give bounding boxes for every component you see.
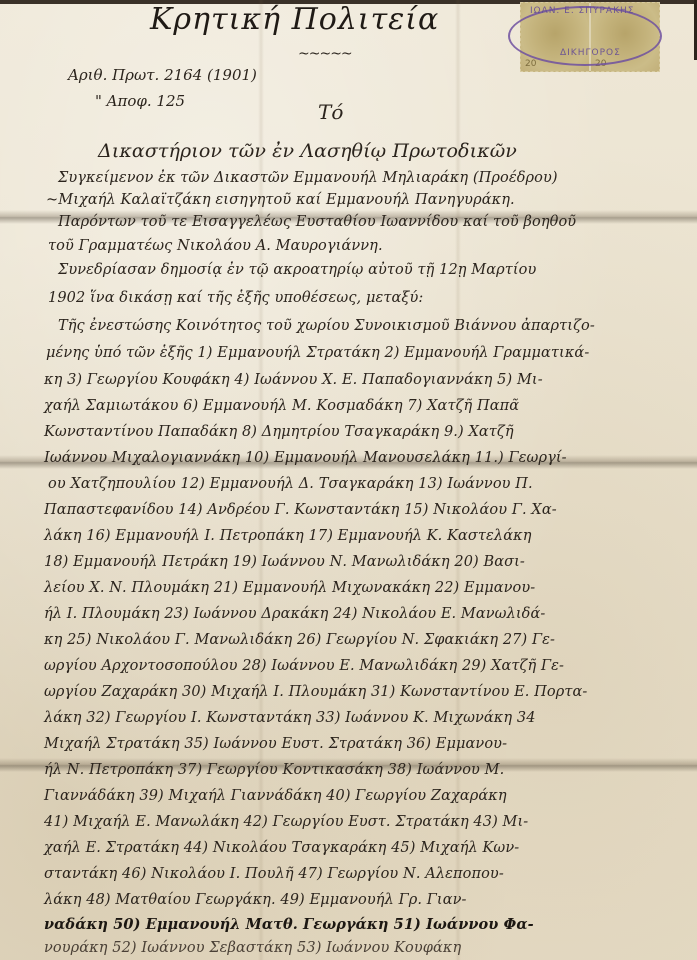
court-name: Δικαστήριον τῶν ἐν Λασηθίῳ Πρωτοδικῶν xyxy=(98,140,517,162)
body-line: Ιωάννου Μιχαλογιαννάκη 10) Εμμανουήλ Μαν… xyxy=(44,450,567,466)
body-line: Τῆς ἐνεστώσης Κοινότητος τοῦ χωρίου Συνο… xyxy=(58,318,595,334)
document-title: Κρητική Πολιτεία xyxy=(150,2,439,37)
body-line: νουράκη 52) Ιωάννου Σεβαστάκη 53) Ιωάννο… xyxy=(44,940,461,956)
body-line: χαήλ Ε. Στρατάκη 44) Νικολάου Τσαγκαράκη… xyxy=(44,840,519,856)
body-line: χαήλ Σαμιωτάκου 6) Εμμανουήλ Μ. Κοσμαδάκ… xyxy=(44,398,519,414)
body-line: μένης ὑπό τῶν ἑξῆς 1) Εμμανουήλ Στρατάκη… xyxy=(46,345,589,361)
body-line: Συγκείμενον ἐκ τῶν Δικαστῶν Εμμανουήλ Μη… xyxy=(58,170,558,186)
body-line: Γιαννάδάκη 39) Μιχαήλ Γιαννάδάκη 40) Γεω… xyxy=(44,788,507,804)
body-line: Συνεδρίασαν δημοσίᾳ ἐν τῷ ακροατηρίῳ αὐτ… xyxy=(58,262,536,278)
body-line: ωργίου Αρχοντοσοπούλου 28) Ιωάννου Ε. Μα… xyxy=(44,658,564,674)
cancellation-text: ΙΩΑΝ. Ε. ΣΠΥΡΑΚΗΣ xyxy=(530,6,634,16)
document-page: Κρητική Πολιτεία ~~~~~ 20 20 ΙΩΑΝ. Ε. ΣΠ… xyxy=(0,0,697,960)
body-line: λείου Χ. Ν. Πλουμάκη 21) Εμμανουήλ Μιχων… xyxy=(44,580,535,596)
body-line: Παπαστεφανίδου 14) Ανδρέου Γ. Κωνσταντάκ… xyxy=(44,502,557,518)
cancellation-text: ΔΙΚΗΓΟΡΟΣ xyxy=(560,48,621,58)
decision-number: " Αποφ. 125 xyxy=(95,92,185,110)
body-line: ναδάκη 50) Εμμανουήλ Ματθ. Γεωργάκη 51) … xyxy=(44,916,534,933)
body-line: λάκη 16) Εμμανουήλ Ι. Πετροπάκη 17) Εμμα… xyxy=(44,528,532,544)
reference-number: Αριθ. Πρωτ. 2164 (1901) xyxy=(68,66,257,84)
body-line: ήλ Ν. Πετροπάκη 37) Γεωργίου Κοντικασάκη… xyxy=(44,762,504,778)
body-line: κη 3) Γεωργίου Κουφάκη 4) Ιωάννου Χ. Ε. … xyxy=(44,372,543,388)
body-line: ωργίου Ζαχαράκη 30) Μιχαήλ Ι. Πλουμάκη 3… xyxy=(44,684,587,700)
body-line: Μιχαήλ Στρατάκη 35) Ιωάννου Ευστ. Στρατά… xyxy=(44,736,507,752)
body-line: λάκη 32) Γεωργίου Ι. Κωνσταντάκη 33) Ιωά… xyxy=(44,710,536,726)
body-line: τοῦ Γραμματέως Νικολάου Α. Μαυρογιάννη. xyxy=(48,238,383,254)
body-line: 18) Εμμανουήλ Πετράκη 19) Ιωάννου Ν. Μαν… xyxy=(44,554,525,570)
body-line: 41) Μιχαήλ Ε. Μανωλάκη 42) Γεωργίου Ευστ… xyxy=(44,814,528,830)
body-line: Παρόντων τοῦ τε Εισαγγελέως Ευσταθίου Ιω… xyxy=(58,214,576,230)
body-line: ήλ Ι. Πλουμάκη 23) Ιωάννου Δρακάκη 24) Ν… xyxy=(44,606,545,622)
body-line: ~Μιχαήλ Καλαϊτζάκη εισηγητοῦ καί Εμμανου… xyxy=(46,192,515,208)
body-line: 1902 ἵνα δικάσῃ καί τῆς ἑξῆς υποθέσεως, … xyxy=(48,290,423,306)
body-line: λάκη 48) Ματθαίου Γεωργάκη. 49) Εμμανουή… xyxy=(44,892,467,908)
body-line: κη 25) Νικολάου Γ. Μανωλιδάκη 26) Γεωργί… xyxy=(44,632,555,648)
body-line: σταντάκη 46) Νικολάου Ι. Πουλῆ 47) Γεωργ… xyxy=(44,866,504,882)
body-line: ου Χατζηπουλίου 12) Εμμανουήλ Δ. Τσαγκαρ… xyxy=(48,476,533,492)
stamp-value: 20 xyxy=(525,59,536,69)
body-line: Κωνσταντίνου Παπαδάκη 8) Δημητρίου Τσαγκ… xyxy=(44,424,514,440)
title-flourish: ~~~~~ xyxy=(298,46,352,62)
salutation: Τό xyxy=(318,100,343,124)
